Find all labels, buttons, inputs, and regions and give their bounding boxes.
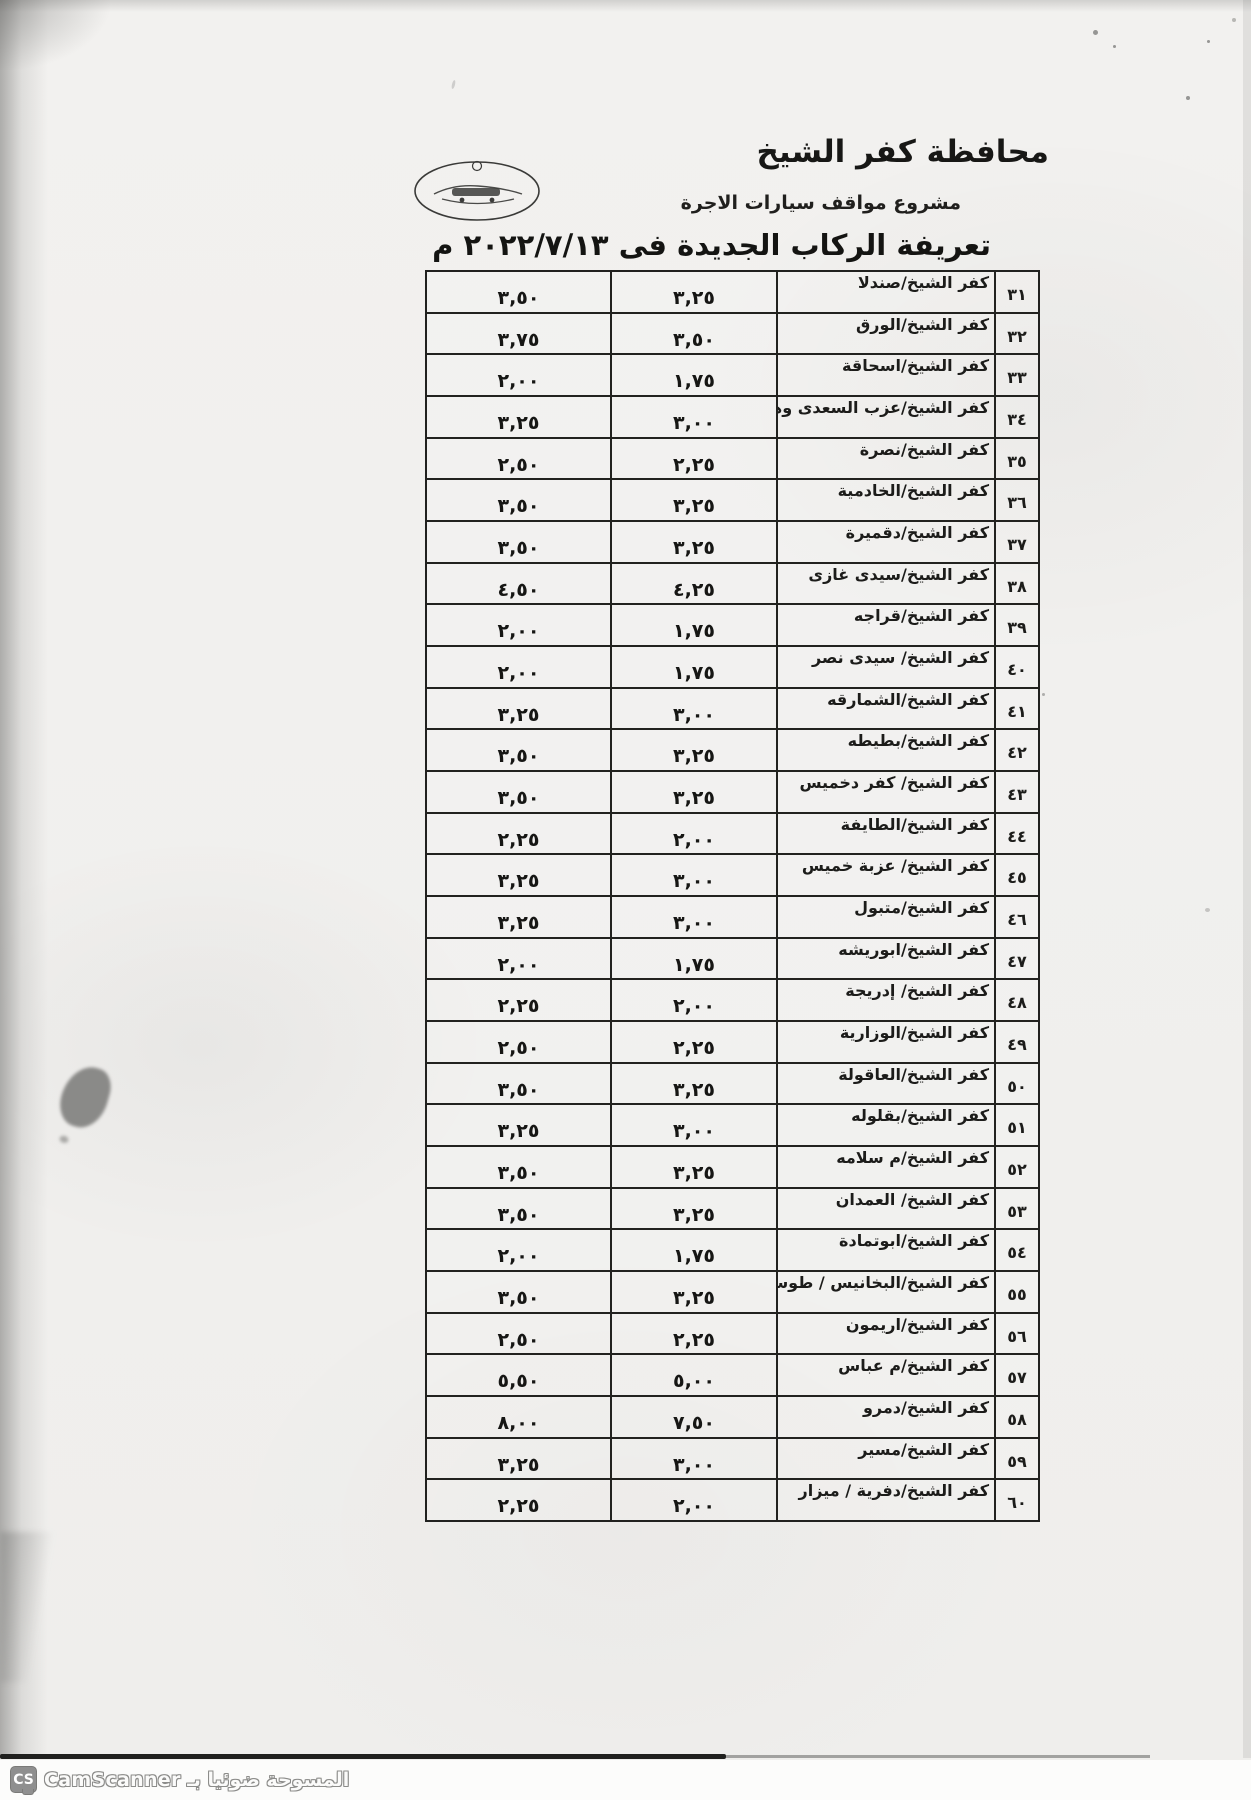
scan-speck — [1207, 40, 1210, 43]
scan-top-shadow — [0, 0, 1251, 12]
table-row: ٣,٥٠ ٣,٢٥ كفر الشيخ/العاقولة ٥٠ — [427, 1064, 1038, 1106]
table-row: ٣,٢٥ ٣,٠٠ كفر الشيخ/مسير ٥٩ — [427, 1439, 1038, 1481]
scan-speck — [1042, 693, 1045, 696]
fare-low-cell: ٢,٢٥ — [610, 439, 776, 479]
row-number-cell: ٣٥ — [994, 439, 1038, 479]
fare-high-cell: ٢,٥٠ — [427, 439, 610, 479]
table-row: ٢,٠٠ ١,٧٥ كفر الشيخ/ابوتمادة ٥٤ — [427, 1230, 1038, 1272]
row-number-cell: ٥٣ — [994, 1189, 1038, 1229]
table-row: ٣,٥٠ ٣,٢٥ كفر الشيخ/ كفر دخميس ٤٣ — [427, 772, 1038, 814]
route-name-cell: كفر الشيخ/دمرو — [776, 1397, 994, 1437]
camscanner-watermark-text: المسوحة ضوئيا بـ CamScanner — [44, 1769, 349, 1791]
fare-low-cell: ٧,٥٠ — [610, 1397, 776, 1437]
route-name-cell: كفر الشيخ/الورق — [776, 314, 994, 354]
row-number-cell: ٣٦ — [994, 480, 1038, 520]
route-name-cell: كفر الشيخ/الوزارية — [776, 1022, 994, 1062]
route-name-cell: كفر الشيخ/الشمارقه — [776, 689, 994, 729]
fare-high-cell: ٢,٠٠ — [427, 605, 610, 645]
row-number-cell: ٤٧ — [994, 939, 1038, 979]
fare-high-cell: ٣,٧٥ — [427, 314, 610, 354]
route-name-cell: كفر الشيخ/بقلوله — [776, 1105, 994, 1145]
scanned-with-label: المسوحة ضوئيا بـ — [187, 1769, 349, 1791]
fare-low-cell: ٣,٠٠ — [610, 855, 776, 895]
row-number-cell: ٣٤ — [994, 397, 1038, 437]
table-row: ٢,٠٠ ١,٧٥ كفر الشيخ/اسحاقة ٣٣ — [427, 355, 1038, 397]
table-row: ٥,٥٠ ٥,٠٠ كفر الشيخ/م عباس ٥٧ — [427, 1355, 1038, 1397]
row-number-cell: ٣٩ — [994, 605, 1038, 645]
fare-high-cell: ٣,٢٥ — [427, 689, 610, 729]
fare-low-cell: ٣,٠٠ — [610, 689, 776, 729]
row-number-cell: ٤٢ — [994, 730, 1038, 770]
fare-low-cell: ٣,٢٥ — [610, 480, 776, 520]
fare-low-cell: ١,٧٥ — [610, 647, 776, 687]
fare-high-cell: ٣,٢٥ — [427, 897, 610, 937]
fare-low-cell: ٣,٢٥ — [610, 1064, 776, 1104]
page-edge-shadow — [0, 1754, 726, 1759]
fare-high-cell: ٥,٥٠ — [427, 1355, 610, 1395]
fare-low-cell: ٣,٠٠ — [610, 397, 776, 437]
route-name-cell: كفر الشيخ/البخانيس / طوسون — [776, 1272, 994, 1312]
tariff-title: تعريفة الركاب الجديدة فى ٢٠٢٢/٧/١٣ م — [432, 228, 991, 262]
route-name-cell: كفر الشيخ/نصرة — [776, 439, 994, 479]
route-name-cell: كفر الشيخ/م عباس — [776, 1355, 994, 1395]
fare-low-cell: ١,٧٥ — [610, 1230, 776, 1270]
fare-low-cell: ٢,٠٠ — [610, 980, 776, 1020]
fare-low-cell: ٣,٢٥ — [610, 730, 776, 770]
table-row: ٣,٢٥ ٣,٠٠ كفر الشيخ/الشمارقه ٤١ — [427, 689, 1038, 731]
row-number-cell: ٤٤ — [994, 814, 1038, 854]
scan-speck — [1232, 18, 1236, 22]
fare-low-cell: ١,٧٥ — [610, 605, 776, 645]
fare-high-cell: ٢,٥٠ — [427, 1022, 610, 1062]
row-number-cell: ٥٢ — [994, 1147, 1038, 1187]
row-number-cell: ٤٦ — [994, 897, 1038, 937]
row-number-cell: ٣٢ — [994, 314, 1038, 354]
fare-low-cell: ٣,٢٥ — [610, 272, 776, 312]
table-row: ٣,٥٠ ٣,٢٥ كفر الشيخ/دقميرة ٣٧ — [427, 522, 1038, 564]
fare-low-cell: ٣,٥٠ — [610, 314, 776, 354]
route-name-cell: كفر الشيخ/دفرية / ميزار — [776, 1480, 994, 1520]
fare-high-cell: ٣,٢٥ — [427, 397, 610, 437]
table-row: ٢,٢٥ ٢,٠٠ كفر الشيخ/دفرية / ميزار ٦٠ — [427, 1480, 1038, 1520]
row-number-cell: ٦٠ — [994, 1480, 1038, 1520]
table-row: ٢,٠٠ ١,٧٥ كفر الشيخ/قراجه ٣٩ — [427, 605, 1038, 647]
table-row: ٣,٢٥ ٣,٠٠ كفر الشيخ/بقلوله ٥١ — [427, 1105, 1038, 1147]
row-number-cell: ٥٥ — [994, 1272, 1038, 1312]
route-name-cell: كفر الشيخ/مسير — [776, 1439, 994, 1479]
fare-low-cell: ٢,٢٥ — [610, 1314, 776, 1354]
fare-high-cell: ٢,٥٠ — [427, 1314, 610, 1354]
fare-low-cell: ٣,٠٠ — [610, 1439, 776, 1479]
scan-corner-shadow — [0, 0, 110, 70]
project-subtitle: مشروع مواقف سيارات الاجرة — [681, 192, 961, 214]
fare-high-cell: ٣,٥٠ — [427, 730, 610, 770]
fare-low-cell: ٣,٢٥ — [610, 772, 776, 812]
row-number-cell: ٤٥ — [994, 855, 1038, 895]
page-edge-shadow-light — [726, 1755, 1150, 1758]
fare-high-cell: ٢,٠٠ — [427, 1230, 610, 1270]
row-number-cell: ٤٣ — [994, 772, 1038, 812]
row-number-cell: ٥٤ — [994, 1230, 1038, 1270]
route-name-cell: كفر الشيخ/ عزبة خميس — [776, 855, 994, 895]
row-number-cell: ٣٣ — [994, 355, 1038, 395]
table-row: ٣,٥٠ ٣,٢٥ كفر الشيخ/صندلا ٣١ — [427, 272, 1038, 314]
project-stamp-logo — [412, 158, 542, 224]
table-row: ٤,٥٠ ٤,٢٥ كفر الشيخ/سيدى غازى ٣٨ — [427, 564, 1038, 606]
fare-high-cell: ٣,٢٥ — [427, 855, 610, 895]
fare-low-cell: ١,٧٥ — [610, 355, 776, 395]
table-row: ٢,٢٥ ٢,٠٠ كفر الشيخ/ إدريجة ٤٨ — [427, 980, 1038, 1022]
fare-high-cell: ٣,٥٠ — [427, 522, 610, 562]
governorate-title: محافظة كفر الشيخ — [757, 134, 1050, 170]
fare-low-cell: ٢,٢٥ — [610, 1022, 776, 1062]
row-number-cell: ٥٩ — [994, 1439, 1038, 1479]
fare-low-cell: ٢,٠٠ — [610, 1480, 776, 1520]
table-row: ٣,٥٠ ٣,٢٥ كفر الشيخ/الخادمية ٣٦ — [427, 480, 1038, 522]
fare-low-cell: ٤,٢٥ — [610, 564, 776, 604]
row-number-cell: ٣٨ — [994, 564, 1038, 604]
route-name-cell: كفر الشيخ/ إدريجة — [776, 980, 994, 1020]
scan-speck — [1093, 30, 1098, 35]
route-name-cell: كفر الشيخ/بطيطه — [776, 730, 994, 770]
row-number-cell: ٥٦ — [994, 1314, 1038, 1354]
fare-high-cell: ٣,٥٠ — [427, 480, 610, 520]
camscanner-watermark: CS المسوحة ضوئيا بـ CamScanner — [10, 1766, 349, 1793]
route-name-cell: كفر الشيخ/اسحاقة — [776, 355, 994, 395]
table-row: ٢,٥٠ ٢,٢٥ كفر الشيخ/نصرة ٣٥ — [427, 439, 1038, 481]
row-number-cell: ٥١ — [994, 1105, 1038, 1145]
fare-high-cell: ٢,٠٠ — [427, 355, 610, 395]
route-name-cell: كفر الشيخ/الطايفة — [776, 814, 994, 854]
fare-high-cell: ٣,٥٠ — [427, 772, 610, 812]
fare-low-cell: ٣,٠٠ — [610, 1105, 776, 1145]
row-number-cell: ٤٠ — [994, 647, 1038, 687]
route-name-cell: كفر الشيخ/الخادمية — [776, 480, 994, 520]
fare-high-cell: ٨,٠٠ — [427, 1397, 610, 1437]
fare-low-cell: ٣,٢٥ — [610, 1272, 776, 1312]
table-row: ٨,٠٠ ٧,٥٠ كفر الشيخ/دمرو ٥٨ — [427, 1397, 1038, 1439]
camscanner-logo-icon: CS — [10, 1766, 37, 1793]
fare-high-cell: ٣,٢٥ — [427, 1105, 610, 1145]
route-name-cell: كفر الشيخ/العاقولة — [776, 1064, 994, 1104]
fare-high-cell: ٢,٢٥ — [427, 1480, 610, 1520]
fare-high-cell: ٣,٥٠ — [427, 1064, 610, 1104]
fare-high-cell: ٣,٢٥ — [427, 1439, 610, 1479]
table-row: ٣,٢٥ ٣,٠٠ كفر الشيخ/متبول ٤٦ — [427, 897, 1038, 939]
row-number-cell: ٥٧ — [994, 1355, 1038, 1395]
table-row: ٢,٥٠ ٢,٢٥ كفر الشيخ/الوزارية ٤٩ — [427, 1022, 1038, 1064]
fare-high-cell: ٣,٥٠ — [427, 272, 610, 312]
fare-high-cell: ٢,٢٥ — [427, 980, 610, 1020]
row-number-cell: ٥٨ — [994, 1397, 1038, 1437]
table-row: ٣,٥٠ ٣,٢٥ كفر الشيخ/البخانيس / طوسون ٥٥ — [427, 1272, 1038, 1314]
table-row: ٢,٠٠ ١,٧٥ كفر الشيخ/ابوريشه ٤٧ — [427, 939, 1038, 981]
scan-speck — [1113, 45, 1116, 48]
route-name-cell: كفر الشيخ/ سيدى نصر — [776, 647, 994, 687]
row-number-cell: ٣٧ — [994, 522, 1038, 562]
table-row: ٢,٥٠ ٢,٢٥ كفر الشيخ/اريمون ٥٦ — [427, 1314, 1038, 1356]
fare-low-cell: ٢,٠٠ — [610, 814, 776, 854]
scan-speck — [1205, 908, 1210, 912]
row-number-cell: ٤١ — [994, 689, 1038, 729]
route-name-cell: كفر الشيخ/متبول — [776, 897, 994, 937]
table-row: ٣,٥٠ ٣,٢٥ كفر الشيخ/م سلامه ٥٢ — [427, 1147, 1038, 1189]
route-name-cell: كفر الشيخ/م سلامه — [776, 1147, 994, 1187]
route-name-cell: كفر الشيخ/صندلا — [776, 272, 994, 312]
table-row: ٣,٢٥ ٣,٠٠ كفر الشيخ/عزب السعدى وهند ٣٤ — [427, 397, 1038, 439]
fare-high-cell: ٤,٥٠ — [427, 564, 610, 604]
route-name-cell: كفر الشيخ/ابوتمادة — [776, 1230, 994, 1270]
row-number-cell: ٤٩ — [994, 1022, 1038, 1062]
scan-speck — [1186, 96, 1190, 100]
fare-high-cell: ٣,٥٠ — [427, 1272, 610, 1312]
route-name-cell: كفر الشيخ/قراجه — [776, 605, 994, 645]
fare-low-cell: ٣,٢٥ — [610, 522, 776, 562]
route-name-cell: كفر الشيخ/اريمون — [776, 1314, 994, 1354]
route-name-cell: كفر الشيخ/ العمدان — [776, 1189, 994, 1229]
fare-high-cell: ٢,٢٥ — [427, 814, 610, 854]
route-name-cell: كفر الشيخ/دقميرة — [776, 522, 994, 562]
fare-high-cell: ٢,٠٠ — [427, 647, 610, 687]
fare-high-cell: ٣,٥٠ — [427, 1189, 610, 1229]
fare-low-cell: ٣,٠٠ — [610, 897, 776, 937]
fare-low-cell: ١,٧٥ — [610, 939, 776, 979]
fare-low-cell: ٣,٢٥ — [610, 1189, 776, 1229]
route-name-cell: كفر الشيخ/ كفر دخميس — [776, 772, 994, 812]
table-row: ٣,٥٠ ٣,٢٥ كفر الشيخ/ العمدان ٥٣ — [427, 1189, 1038, 1231]
route-name-cell: كفر الشيخ/عزب السعدى وهند — [776, 397, 994, 437]
fare-low-cell: ٣,٢٥ — [610, 1147, 776, 1187]
fare-high-cell: ٣,٥٠ — [427, 1147, 610, 1187]
scan-left-shadow — [0, 0, 48, 1758]
camscanner-brand: CamScanner — [44, 1769, 181, 1791]
row-number-cell: ٤٨ — [994, 980, 1038, 1020]
row-number-cell: ٣١ — [994, 272, 1038, 312]
fare-table: ٣,٥٠ ٣,٢٥ كفر الشيخ/صندلا ٣١ ٣,٧٥ ٣,٥٠ ك… — [425, 270, 1040, 1522]
route-name-cell: كفر الشيخ/سيدى غازى — [776, 564, 994, 604]
table-row: ٢,٠٠ ١,٧٥ كفر الشيخ/ سيدى نصر ٤٠ — [427, 647, 1038, 689]
table-row: ٢,٢٥ ٢,٠٠ كفر الشيخ/الطايفة ٤٤ — [427, 814, 1038, 856]
table-row: ٣,٢٥ ٣,٠٠ كفر الشيخ/ عزبة خميس ٤٥ — [427, 855, 1038, 897]
table-row: ٣,٧٥ ٣,٥٠ كفر الشيخ/الورق ٣٢ — [427, 314, 1038, 356]
table-row: ٣,٥٠ ٣,٢٥ كفر الشيخ/بطيطه ٤٢ — [427, 730, 1038, 772]
route-name-cell: كفر الشيخ/ابوريشه — [776, 939, 994, 979]
fare-high-cell: ٢,٠٠ — [427, 939, 610, 979]
fare-low-cell: ٥,٠٠ — [610, 1355, 776, 1395]
row-number-cell: ٥٠ — [994, 1064, 1038, 1104]
scan-right-shadow — [1243, 0, 1251, 1758]
